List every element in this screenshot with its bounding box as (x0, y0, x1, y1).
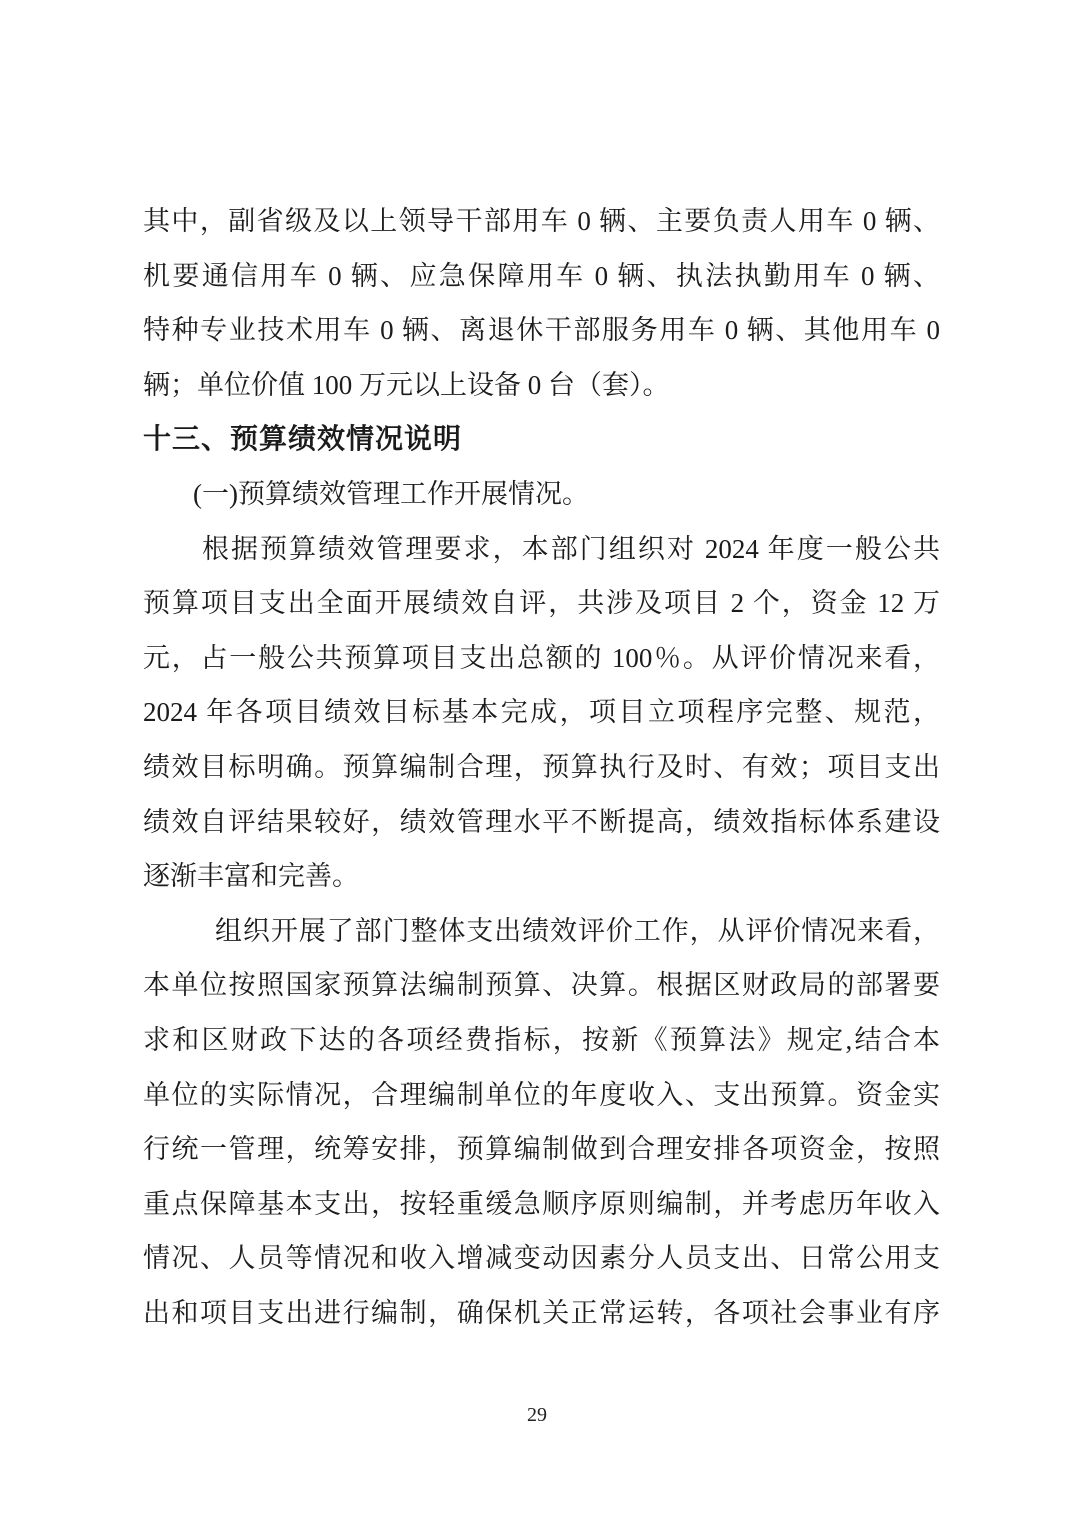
text-line: 重点保障基本支出，按轻重缓急顺序原则编制，并考虑历年收入 (143, 1177, 940, 1232)
text-line: 元，占一般公共预算项目支出总额的 100％。从评价情况来看， (143, 631, 940, 686)
text-line: 绩效自评结果较好，绩效管理水平不断提高，绩效指标体系建设 (143, 795, 940, 850)
subsection-heading: (一)预算绩效管理工作开展情况。 (143, 467, 940, 522)
document-page: 其中，副省级及以上领导干部用车 0 辆、主要负责人用车 0 辆、 机要通信用车 … (0, 0, 1074, 1520)
text-line: 机要通信用车 0 辆、应急保障用车 0 辆、执法执勤用车 0 辆、 (143, 249, 940, 304)
document-body: 其中，副省级及以上领导干部用车 0 辆、主要负责人用车 0 辆、 机要通信用车 … (143, 194, 940, 1340)
text-line: 求和区财政下达的各项经费指标，按新《预算法》规定,结合本 (143, 1013, 940, 1068)
text-line: 绩效目标明确。预算编制合理，预算执行及时、有效；项目支出 (143, 740, 940, 795)
page-number: 29 (0, 1402, 1074, 1428)
text-line: 根据预算绩效管理要求，本部门组织对 2024 年度一般公共 (143, 522, 940, 577)
text-line: 其中，副省级及以上领导干部用车 0 辆、主要负责人用车 0 辆、 (143, 194, 940, 249)
text-line: 预算项目支出全面开展绩效自评，共涉及项目 2 个，资金 12 万 (143, 576, 940, 631)
text-line: 情况、人员等情况和收入增减变动因素分人员支出、日常公用支 (143, 1231, 940, 1286)
section-heading: 十三、预算绩效情况说明 (143, 412, 940, 467)
text-line: 行统一管理，统筹安排，预算编制做到合理安排各项资金，按照 (143, 1122, 940, 1177)
text-line: 单位的实际情况，合理编制单位的年度收入、支出预算。资金实 (143, 1068, 940, 1123)
text-line: 特种专业技术用车 0 辆、离退休干部服务用车 0 辆、其他用车 0 (143, 303, 940, 358)
text-line: 本单位按照国家预算法编制预算、决算。根据区财政局的部署要 (143, 958, 940, 1013)
text-line: 辆；单位价值 100 万元以上设备 0 台（套）。 (143, 358, 940, 413)
text-line: 2024 年各项目绩效目标基本完成，项目立项程序完整、规范， (143, 685, 940, 740)
text-line: 逐渐丰富和完善。 (143, 849, 940, 904)
text-line: 出和项目支出进行编制，确保机关正常运转，各项社会事业有序 (143, 1286, 940, 1341)
text-line: 组织开展了部门整体支出绩效评价工作，从评价情况来看， (143, 904, 940, 959)
